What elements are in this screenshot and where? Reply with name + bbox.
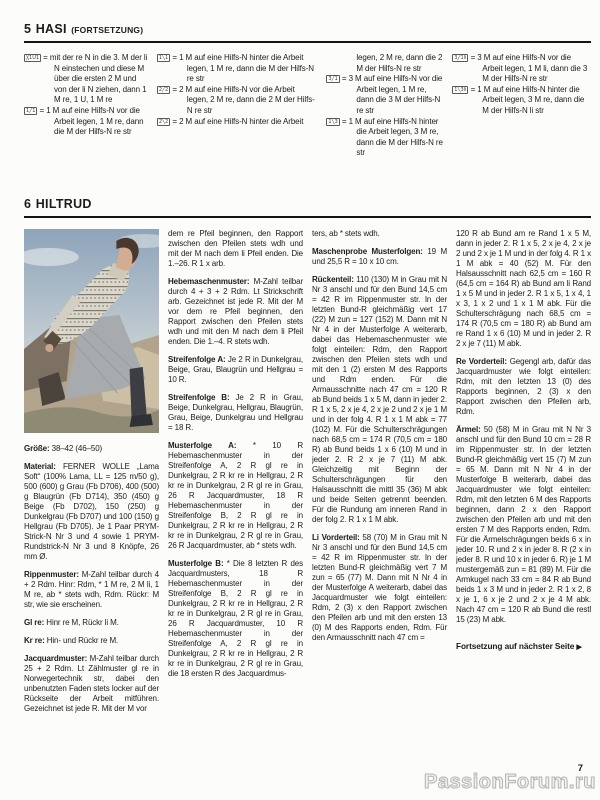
symbol-key-entry: 2╱2 = 2 M auf eine Hilfs-N vor die Arbei… <box>157 85 318 117</box>
equals-sign: = <box>340 117 349 126</box>
paragraph: Li Vorderteil: 58 (70) M in Grau mit N N… <box>312 533 447 643</box>
paragraph-lead: Hebemaschenmuster: <box>168 277 254 286</box>
paragraph: Musterfolge A: * 10 R Hebemaschenmuster … <box>168 441 303 551</box>
symbol-key-entry: legen, 2 M re, dann die 2 M der Hilfs-N … <box>326 53 443 74</box>
symbol-key-text: 1 M auf eine Hilfs-N vor die Arbeit lege… <box>46 106 143 136</box>
hasi-section-number: 5 <box>24 22 31 36</box>
symbol-key-text: mit der re N in die 3. M der li N einste… <box>50 53 147 104</box>
symbol-key: ╳1U1 = mit der re N in die 3. M der li N… <box>24 53 591 187</box>
paragraph-lead: Ärmel: <box>456 425 484 434</box>
hasi-section-header: 5 HASI (FORTSETZUNG) <box>24 20 591 43</box>
symbol-key-column-2: 1╲1 = 1 M auf eine Hilfs-N hinter die Ar… <box>157 53 318 187</box>
instruction-column-4: 120 R ab Bund am re Rand 1 x 5 M, dann i… <box>456 229 591 781</box>
paragraph-lead: Streifenfolge B: <box>168 393 236 402</box>
equals-sign: = <box>468 53 477 62</box>
equals-sign: = <box>37 106 46 115</box>
watermark: PassionForum.ru <box>424 771 596 794</box>
paragraph-lead: Kr re: <box>24 636 47 645</box>
symbol-key-text: 2 M auf eine Hilfs-N vor die Arbeit lege… <box>179 85 315 115</box>
paragraph-lead: Re Vorderteil: <box>456 357 510 366</box>
symbol-key-text: 1 M auf eine Hilfs-N hinter die Arbeit l… <box>477 85 584 115</box>
paragraph-lead: Rippenmuster: <box>24 570 82 579</box>
paragraph: Größe: 38–42 (46–50) <box>24 444 159 454</box>
equals-sign: = <box>170 117 179 126</box>
paragraph-lead: Musterfolge A: <box>168 441 253 450</box>
symbol-key-entry: 3╱1 = 3 M auf eine Hilfs-N vor die Arbei… <box>326 74 443 116</box>
symbol-key-text: legen, 2 M re, dann die 2 M der Hilfs-N … <box>356 53 442 73</box>
paragraph-lead: Rückenteil: <box>312 275 356 284</box>
symbol-key-text: 3 M auf eine Hilfs-N vor die Arbeit lege… <box>349 74 443 115</box>
cable-symbol-icon: 3╱1 <box>326 75 339 83</box>
equals-sign: = <box>170 85 179 94</box>
symbol-key-column-4: 3╱1li = 3 M auf eine Hilfs-N vor die Arb… <box>452 53 591 187</box>
paragraph: Material: FERNER WOLLE „Lama Soft“ (100%… <box>24 462 159 562</box>
paragraph: Streifenfolge A: Je 2 R in Dunkelgrau, B… <box>168 355 303 385</box>
paragraph-lead: Jacquardmuster: <box>24 654 90 663</box>
symbol-key-entry: 3╱1li = 3 M auf eine Hilfs-N vor die Arb… <box>452 53 591 85</box>
paragraph-lead: Streifenfolge A: <box>168 355 228 364</box>
symbol-key-text: 1 M auf eine Hilfs-N hinter die Arbeit l… <box>349 117 443 158</box>
model-photo <box>24 229 159 433</box>
cable-symbol-icon: 3╱1li <box>452 54 468 62</box>
equals-sign: = <box>340 74 349 83</box>
symbol-key-entry: 1╲3li = 1 M auf eine Hilfs-N hinter die … <box>452 85 591 117</box>
instruction-column-1-paragraphs: Größe: 38–42 (46–50)Material: FERNER WOL… <box>24 444 159 714</box>
symbol-key-entry: 1╲3 = 1 M auf eine Hilfs-N hinter die Ar… <box>326 117 443 159</box>
hasi-section-title: HASI <box>36 22 67 36</box>
symbol-key-entry: ╳1U1 = mit der re N in die 3. M der li N… <box>24 53 148 106</box>
cable-symbol-icon: ╳1U1 <box>24 54 41 62</box>
paragraph: Ärmel: 50 (58) M in Grau mit N Nr 3 ansc… <box>456 425 591 625</box>
paragraph: Re Vorderteil: Gegengl arb, dafür das Ja… <box>456 357 591 417</box>
symbol-key-entry: 2╲2 = 2 M auf eine Hilfs-N hinter die Ar… <box>157 117 318 128</box>
arrow-right-icon: ▶ <box>576 644 581 651</box>
cable-symbol-icon: 1╲3 <box>326 118 339 126</box>
cable-symbol-icon: 2╱2 <box>157 86 170 94</box>
instruction-column-3: ters, ab * stets wdh.Maschenprobe Muster… <box>312 229 447 781</box>
paragraph: Rippenmuster: M-Zahl teilbar durch 4 + 2… <box>24 570 159 610</box>
paragraph: Musterfolge B: * Die 8 letzten R des Jac… <box>168 559 303 679</box>
equals-sign: = <box>468 85 477 94</box>
hiltrud-section-number: 6 <box>24 197 31 211</box>
paragraph: 120 R ab Bund am re Rand 1 x 5 M, dann i… <box>456 229 591 349</box>
paragraph-lead: Li Vorderteil: <box>312 533 362 542</box>
hiltrud-section-header: 6 HILTRUD <box>24 195 591 218</box>
paragraph: ters, ab * stets wdh. <box>312 229 447 239</box>
symbol-key-text: 3 M auf eine Hilfs-N vor die Arbeit lege… <box>477 53 587 83</box>
symbol-key-entry: 1╲1 = 1 M auf eine Hilfs-N hinter die Ar… <box>157 53 318 85</box>
paragraph: Rückenteil: 110 (130) M in Grau mit N Nr… <box>312 275 447 525</box>
equals-sign: = <box>41 53 50 62</box>
paragraph: Kr re: Hin- und Rückr re M. <box>24 636 159 646</box>
instruction-column-2: dem re Pfeil beginnen, den Rapport zwisc… <box>168 229 303 781</box>
paragraph: Streifenfolge B: Je 2 R in Grau, Beige, … <box>168 393 303 433</box>
continuation-note-text: Fortsetzung auf nächster Seite <box>456 641 574 651</box>
symbol-key-entry: 1╱1 = 1 M auf eine Hilfs-N vor die Arbei… <box>24 106 148 138</box>
paragraph-lead: Musterfolge B: <box>168 559 227 568</box>
cable-symbol-icon: 1╱1 <box>24 107 37 115</box>
cable-symbol-icon: 1╲1 <box>157 54 170 62</box>
paragraph-lead: Gl re: <box>24 618 46 627</box>
symbol-key-column-3: legen, 2 M re, dann die 2 M der Hilfs-N … <box>326 53 443 187</box>
paragraph: Jacquardmuster: M-Zahl teilbar durch 25 … <box>24 654 159 714</box>
paragraph: dem re Pfeil beginnen, den Rapport zwisc… <box>168 229 303 269</box>
paragraph: Maschenprobe Musterfolgen: 19 M und 25,5… <box>312 247 447 267</box>
magazine-page: 5 HASI (FORTSETZUNG) ╳1U1 = mit der re N… <box>0 0 600 800</box>
paragraph: Gl re: Hinr re M, Rückr li M. <box>24 618 159 628</box>
paragraph: Hebemaschenmuster: M-Zahl teilbar durch … <box>168 277 303 347</box>
instruction-body: Größe: 38–42 (46–50)Material: FERNER WOL… <box>24 229 591 781</box>
continuation-note: Fortsetzung auf nächster Seite ▶ <box>456 641 591 653</box>
cable-symbol-icon: 1╲3li <box>452 86 468 94</box>
hasi-section-subtitle: (FORTSETZUNG) <box>71 25 143 35</box>
instruction-column-1: Größe: 38–42 (46–50)Material: FERNER WOL… <box>24 229 159 781</box>
cable-symbol-icon: 2╲2 <box>157 118 170 126</box>
symbol-key-text: 1 M auf eine Hilfs-N hinter die Arbeit l… <box>179 53 314 83</box>
paragraph-lead: Maschenprobe Musterfolgen: <box>312 247 427 256</box>
paragraph-lead: Material: <box>24 462 63 471</box>
equals-sign: = <box>170 53 179 62</box>
hiltrud-section-title: HILTRUD <box>36 197 92 211</box>
symbol-key-text: 2 M auf eine Hilfs-N hinter die Arbeit <box>179 117 303 126</box>
paragraph-lead: Größe: <box>24 444 52 453</box>
symbol-key-column-1: ╳1U1 = mit der re N in die 3. M der li N… <box>24 53 148 187</box>
instruction-column-4-paragraphs: 120 R ab Bund am re Rand 1 x 5 M, dann i… <box>456 229 591 625</box>
